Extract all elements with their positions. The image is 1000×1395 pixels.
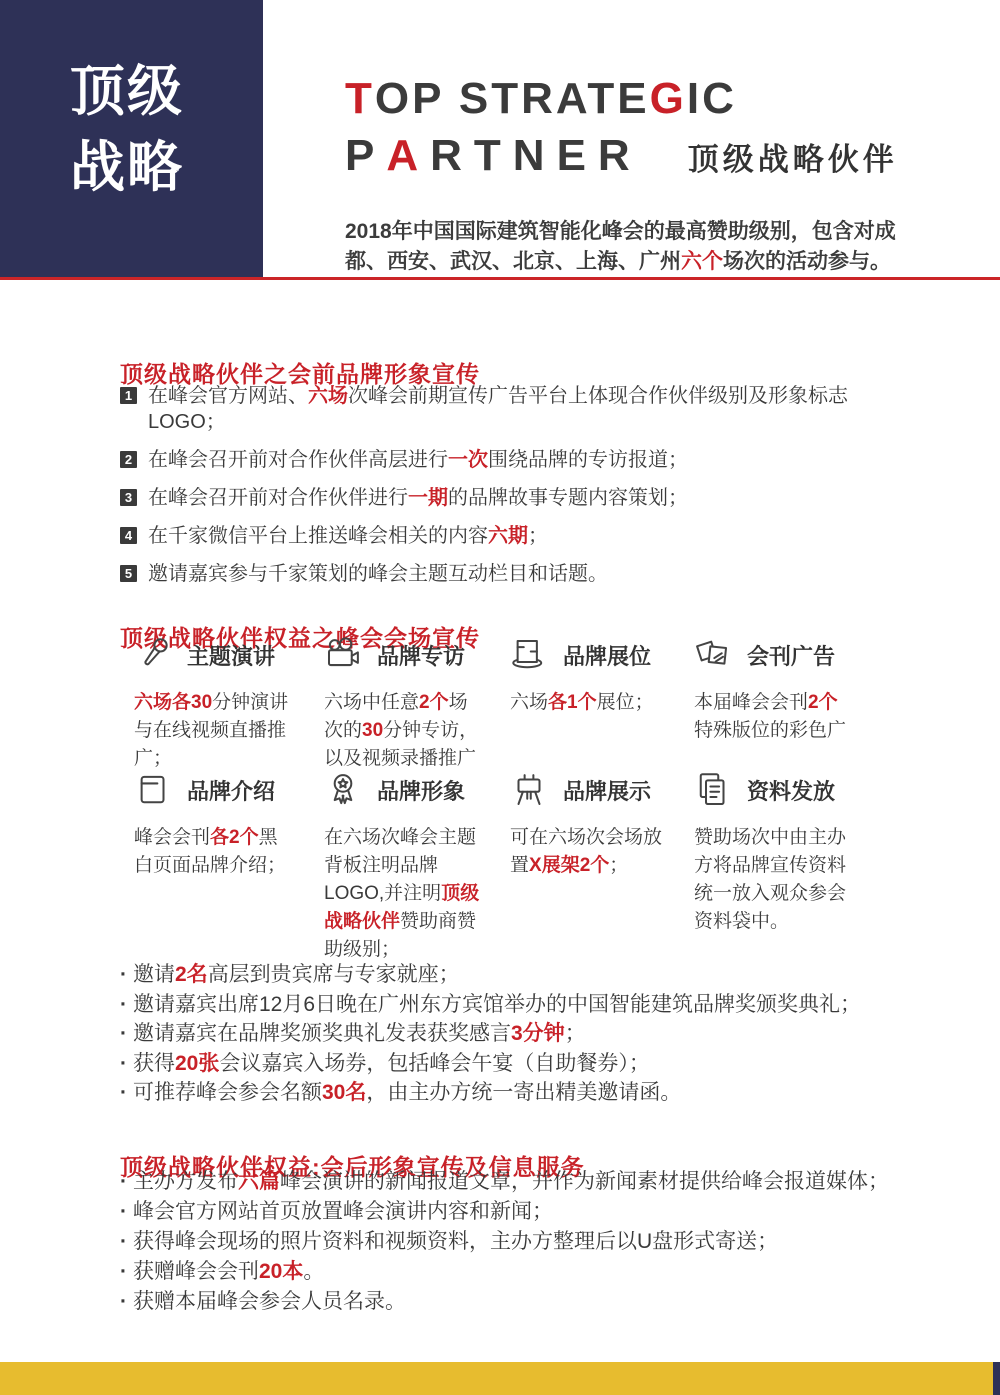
video-camera-icon [322,634,364,676]
card-head: 资料发放 [692,768,892,812]
list-item-text: 获得20张会议嘉宾入场券，包括峰会午宴（自助餐券）； [133,1052,650,1075]
card-body: 可在六场次会场放置X展架2个； [510,824,672,880]
card-body: 本届峰会会刊2个特殊版位的彩色广 [694,689,856,745]
post-event-list: ·主办方发布六篇峰会演讲的新闻报道文章，并作为新闻素材提供给峰会报道媒体； ·峰… [120,1167,940,1317]
list-item: 1在峰会官方网站、六场次峰会前期宣传广告平台上体现合作伙伴级别及形象标志LOGO… [120,383,920,435]
list-item-text: 在峰会官方网站、六场次峰会前期宣传广告平台上体现合作伙伴级别及形象标志LOGO； [148,383,920,435]
list-item-text: 邀请嘉宾在品牌奖颁奖典礼发表获奖感言3分钟； [133,1022,586,1045]
list-item-text: 邀请嘉宾出席12月6日晚在广州东方宾馆举办的中国智能建筑品牌奖颁奖典礼； [133,993,861,1016]
header-description: 2018年中国国际建筑智能化峰会的最高赞助级别，包含对成都、西安、武汉、北京、上… [345,217,901,277]
bullet-dot: · [120,1230,127,1253]
card-title: 品牌展示 [563,775,651,806]
card-body: 在六场次峰会主题背板注明品牌LOGO,并注明顶级战略伙伴赞助商赞助级别； [324,824,486,964]
card-head: 会刊广告 [692,633,892,677]
list-item: 5邀请嘉宾参与千家策划的峰会主题互动栏目和话题。 [120,561,920,587]
bullet-dot: · [120,1081,127,1104]
card-title: 品牌介绍 [187,775,275,806]
number-badge: 4 [120,527,137,544]
list-item-text: 峰会官方网站首页放置峰会演讲内容和新闻； [133,1200,553,1223]
card-body: 六场各1个展位； [510,689,672,717]
card-brand-intro: 品牌介绍 峰会会刊各2个黑白页面品牌介绍； [132,768,322,964]
card-head: 品牌展示 [508,768,692,812]
brochure-icon [132,769,174,811]
bullet-dot: · [120,1170,127,1193]
banner-line1: 顶级 [70,60,184,122]
card-head: 品牌专访 [322,633,508,677]
bullet-dot: · [120,993,127,1016]
list-item: ·邀请嘉宾在品牌奖颁奖典礼发表获奖感言3分钟； [120,1019,940,1049]
card-keynote: 主题演讲 六场各30分钟演讲与在线视频直播推广； [132,633,322,773]
card-head: 品牌介绍 [132,768,322,812]
card-head: 主题演讲 [132,633,322,677]
list-item-text: 在峰会召开前对合作伙伴进行一期的品牌故事专题内容策划； [148,485,688,511]
footer-yellow-bar [0,1362,993,1395]
bullet-dot: · [120,1200,127,1223]
page-title-en-line1: TOP STRATEGIC [345,70,898,127]
number-badge: 3 [120,489,137,506]
list-item: 4在千家微信平台上推送峰会相关的内容六期； [120,523,920,549]
benefit-cards-row1: 主题演讲 六场各30分钟演讲与在线视频直播推广； 品牌专访 六场中任意2个场次的… [132,633,892,773]
list-item-text: 在千家微信平台上推送峰会相关的内容六期； [148,523,548,549]
list-item-text: 获赠峰会会刊20本。 [133,1260,324,1283]
number-badge: 2 [120,451,137,468]
card-head: 品牌展位 [508,633,692,677]
banner-line2: 战略 [70,136,184,198]
card-body: 峰会会刊各2个黑白页面品牌介绍； [134,824,296,880]
list-item-text: 在峰会召开前对合作伙伴高层进行一次围绕品牌的专访报道； [148,447,688,473]
card-body: 六场中任意2个场次的30分钟专访，以及视频录播推广 [324,689,486,773]
page-title-en-line2: PARTNER [345,127,642,184]
banner-title: 顶级战略 [0,0,263,205]
card-journal-ad: 会刊广告 本届峰会会刊2个特殊版位的彩色广 [692,633,892,773]
list-item-text: 可推荐峰会参会名额30名，由主办方统一寄出精美邀请函。 [133,1081,681,1104]
red-divider-line [0,277,1000,280]
card-materials: 资料发放 赞助场次中由主办方将品牌宣传资料统一放入观众参会资料袋中。 [692,768,892,964]
card-body: 赞助场次中由主办方将品牌宣传资料统一放入观众参会资料袋中。 [694,824,856,936]
microphone-icon [132,634,174,676]
list-item: ·获赠峰会会刊20本。 [120,1257,940,1287]
list-item-text: 邀请嘉宾参与千家策划的峰会主题互动栏目和话题。 [148,561,608,587]
journal-ad-icon [692,634,734,676]
card-head: 品牌形象 [322,768,508,812]
list-item-text: 邀请2名高层到贵宾席与专家就座； [133,963,460,986]
card-title: 品牌形象 [377,775,465,806]
bullet-dot: · [120,1290,127,1313]
card-title: 主题演讲 [187,640,275,671]
bullet-dot: · [120,963,127,986]
benefit-cards-row2: 品牌介绍 峰会会刊各2个黑白页面品牌介绍； 品牌形象 在六场次峰会主题背板注明品… [132,768,892,964]
easel-icon [508,769,550,811]
list-item: ·可推荐峰会参会名额30名，由主办方统一寄出精美邀请函。 [120,1078,940,1108]
list-item-text: 主办方发布六篇峰会演讲的新闻报道文章，并作为新闻素材提供给峰会报道媒体； [133,1170,889,1193]
brochure-page: { "colors":{"navy":"#2e3157","red":"#c82… [0,0,1000,1395]
page-title: TOP STRATEGIC PARTNER 顶级战略伙伴 [345,70,898,188]
pre-event-list: 1在峰会官方网站、六场次峰会前期宣传广告平台上体现合作伙伴级别及形象标志LOGO… [120,383,920,599]
medal-icon [322,769,364,811]
card-booth: 品牌展位 六场各1个展位； [508,633,692,773]
list-item: ·主办方发布六篇峰会演讲的新闻报道文章，并作为新闻素材提供给峰会报道媒体； [120,1167,940,1197]
list-item: ·峰会官方网站首页放置峰会演讲内容和新闻； [120,1197,940,1227]
card-interview: 品牌专访 六场中任意2个场次的30分钟专访，以及视频录播推广 [322,633,508,773]
list-item: ·获得峰会现场的照片资料和视频资料，主办方整理后以U盘形式寄送； [120,1227,940,1257]
number-badge: 5 [120,565,137,582]
list-item: ·邀请2名高层到贵宾席与专家就座； [120,960,940,990]
card-title: 品牌展位 [563,640,651,671]
list-item: ·获赠本届峰会参会人员名录。 [120,1287,940,1317]
card-title: 品牌专访 [377,640,465,671]
list-item-text: 获赠本届峰会参会人员名录。 [133,1290,406,1313]
list-item: 2在峰会召开前对合作伙伴高层进行一次围绕品牌的专访报道； [120,447,920,473]
card-brand-display: 品牌展示 可在六场次会场放置X展架2个； [508,768,692,964]
number-badge: 1 [120,387,137,404]
list-item: 3在峰会召开前对合作伙伴进行一期的品牌故事专题内容策划； [120,485,920,511]
page-title-cn: 顶级战略伙伴 [688,131,898,188]
bullet-dot: · [120,1022,127,1045]
card-title: 会刊广告 [747,640,835,671]
list-item-text: 获得峰会现场的照片资料和视频资料，主办方整理后以U盘形式寄送； [133,1230,778,1253]
list-item: ·获得20张会议嘉宾入场券，包括峰会午宴（自助餐券）； [120,1049,940,1079]
bullet-dot: · [120,1260,127,1283]
list-item: ·邀请嘉宾出席12月6日晚在广州东方宾馆举办的中国智能建筑品牌奖颁奖典礼； [120,990,940,1020]
guest-benefits-list: ·邀请2名高层到贵宾席与专家就座； ·邀请嘉宾出席12月6日晚在广州东方宾馆举办… [120,960,940,1108]
footer-navy-strip [993,1362,1000,1395]
card-brand-image: 品牌形象 在六场次峰会主题背板注明品牌LOGO,并注明顶级战略伙伴赞助商赞助级别… [322,768,508,964]
card-title: 资料发放 [747,775,835,806]
card-body: 六场各30分钟演讲与在线视频直播推广； [134,689,296,773]
bullet-dot: · [120,1052,127,1075]
banner-navy-box: 顶级战略 [0,0,263,277]
documents-icon [692,769,734,811]
booth-icon [508,634,550,676]
